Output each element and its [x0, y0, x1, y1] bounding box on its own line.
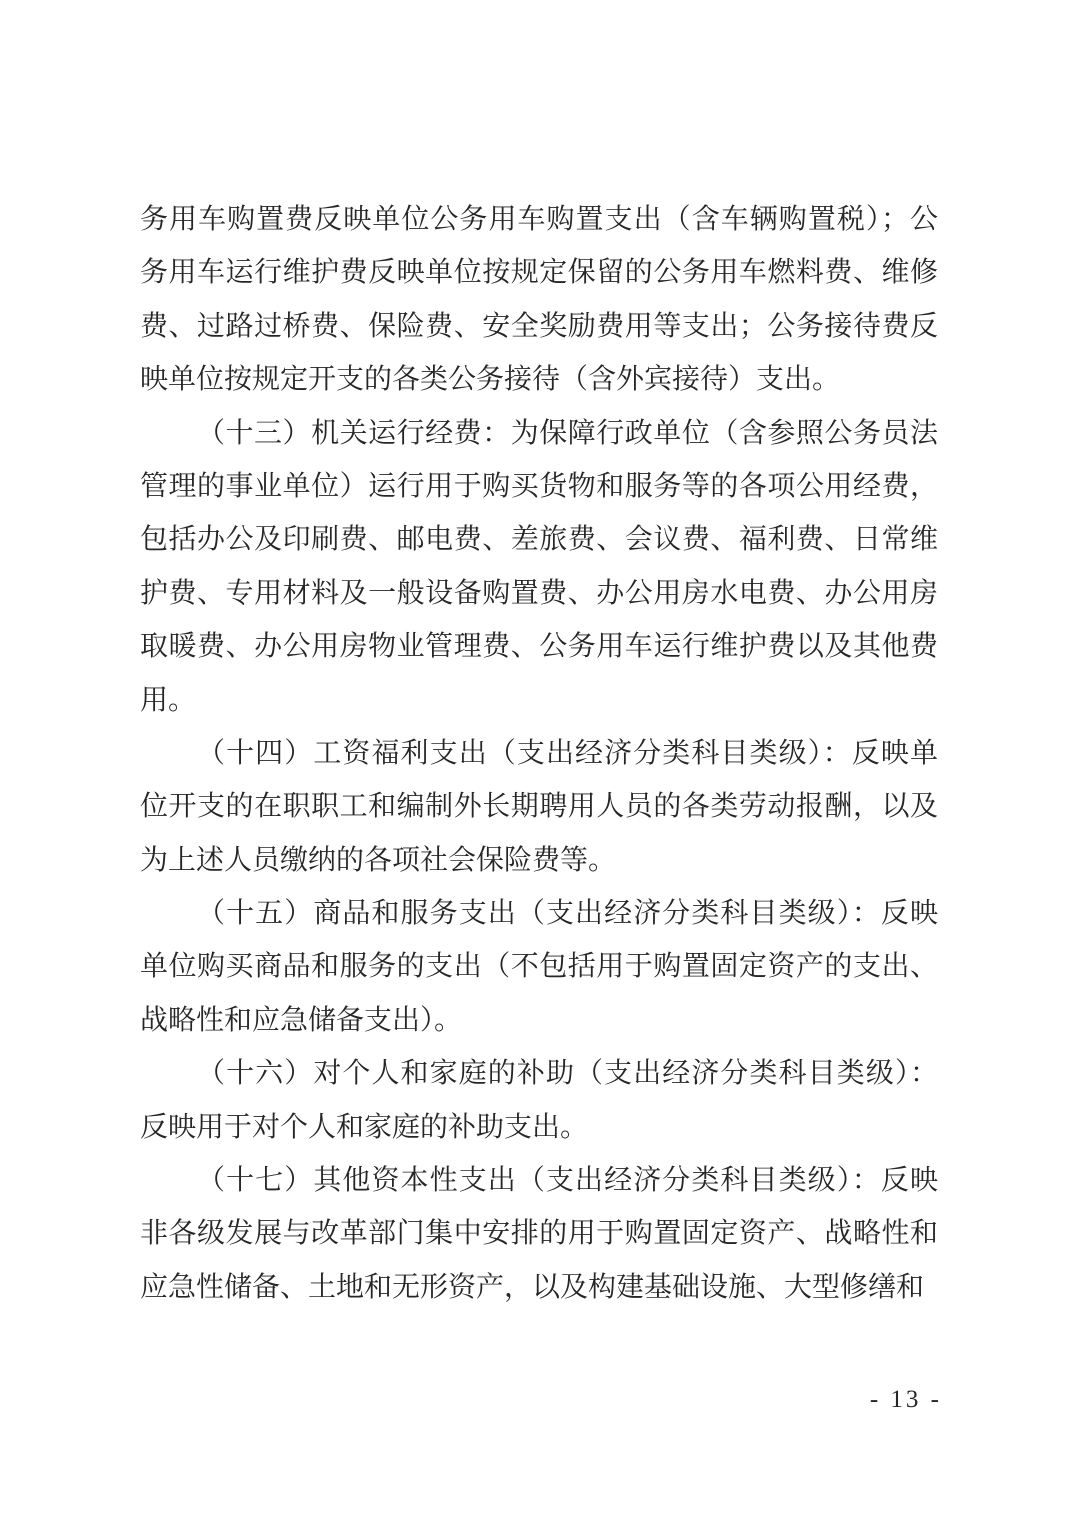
text-block: 务用车购置费反映单位公务用车购置支出（含车辆购置税）；公务用车运行维护费反映单位… [140, 193, 938, 1314]
text-line: （十四）工资福利支出（支出经济分类科目类级）：反映单 [140, 727, 938, 780]
text-line: （十六）对个人和家庭的补助（支出经济分类科目类级）： [140, 1047, 938, 1100]
text-line: 费、过路过桥费、保险费、安全奖励费用等支出；公务接待费反 [140, 300, 938, 353]
text-line: （十七）其他资本性支出（支出经济分类科目类级）：反映 [140, 1154, 938, 1207]
text-line: 取暖费、办公用房物业管理费、公务用车运行维护费以及其他费 [140, 620, 938, 673]
text-line: 包括办公及印刷费、邮电费、差旅费、会议费、福利费、日常维 [140, 513, 938, 566]
text-line: 务用车运行维护费反映单位按规定保留的公务用车燃料费、维修 [140, 246, 938, 299]
page-number: - 13 - [870, 1386, 942, 1414]
text-line: 单位购买商品和服务的支出（不包括用于购置固定资产的支出、 [140, 940, 938, 993]
text-line: 用。 [140, 674, 938, 727]
text-line: 战略性和应急储备支出）。 [140, 994, 938, 1047]
text-line: 映单位按规定开支的各类公务接待（含外宾接待）支出。 [140, 353, 938, 406]
text-line: 反映用于对个人和家庭的补助支出。 [140, 1101, 938, 1154]
text-line: 位开支的在职职工和编制外长期聘用人员的各类劳动报酬，以及 [140, 780, 938, 833]
text-line: 应急性储备、土地和无形资产，以及构建基础设施、大型修缮和 [140, 1261, 938, 1314]
text-line: （十五）商品和服务支出（支出经济分类科目类级）：反映 [140, 887, 938, 940]
text-line: 务用车购置费反映单位公务用车购置支出（含车辆购置税）；公 [140, 193, 938, 246]
text-line: 非各级发展与改革部门集中安排的用于购置固定资产、战略性和 [140, 1207, 938, 1260]
document-page: 务用车购置费反映单位公务用车购置支出（含车辆购置税）；公务用车运行维护费反映单位… [0, 0, 1074, 1520]
text-line: 为上述人员缴纳的各项社会保险费等。 [140, 834, 938, 887]
text-line: 护费、专用材料及一般设备购置费、办公用房水电费、办公用房 [140, 567, 938, 620]
text-line: （十三）机关运行经费：为保障行政单位（含参照公务员法 [140, 407, 938, 460]
text-line: 管理的事业单位）运行用于购买货物和服务等的各项公用经费， [140, 460, 938, 513]
